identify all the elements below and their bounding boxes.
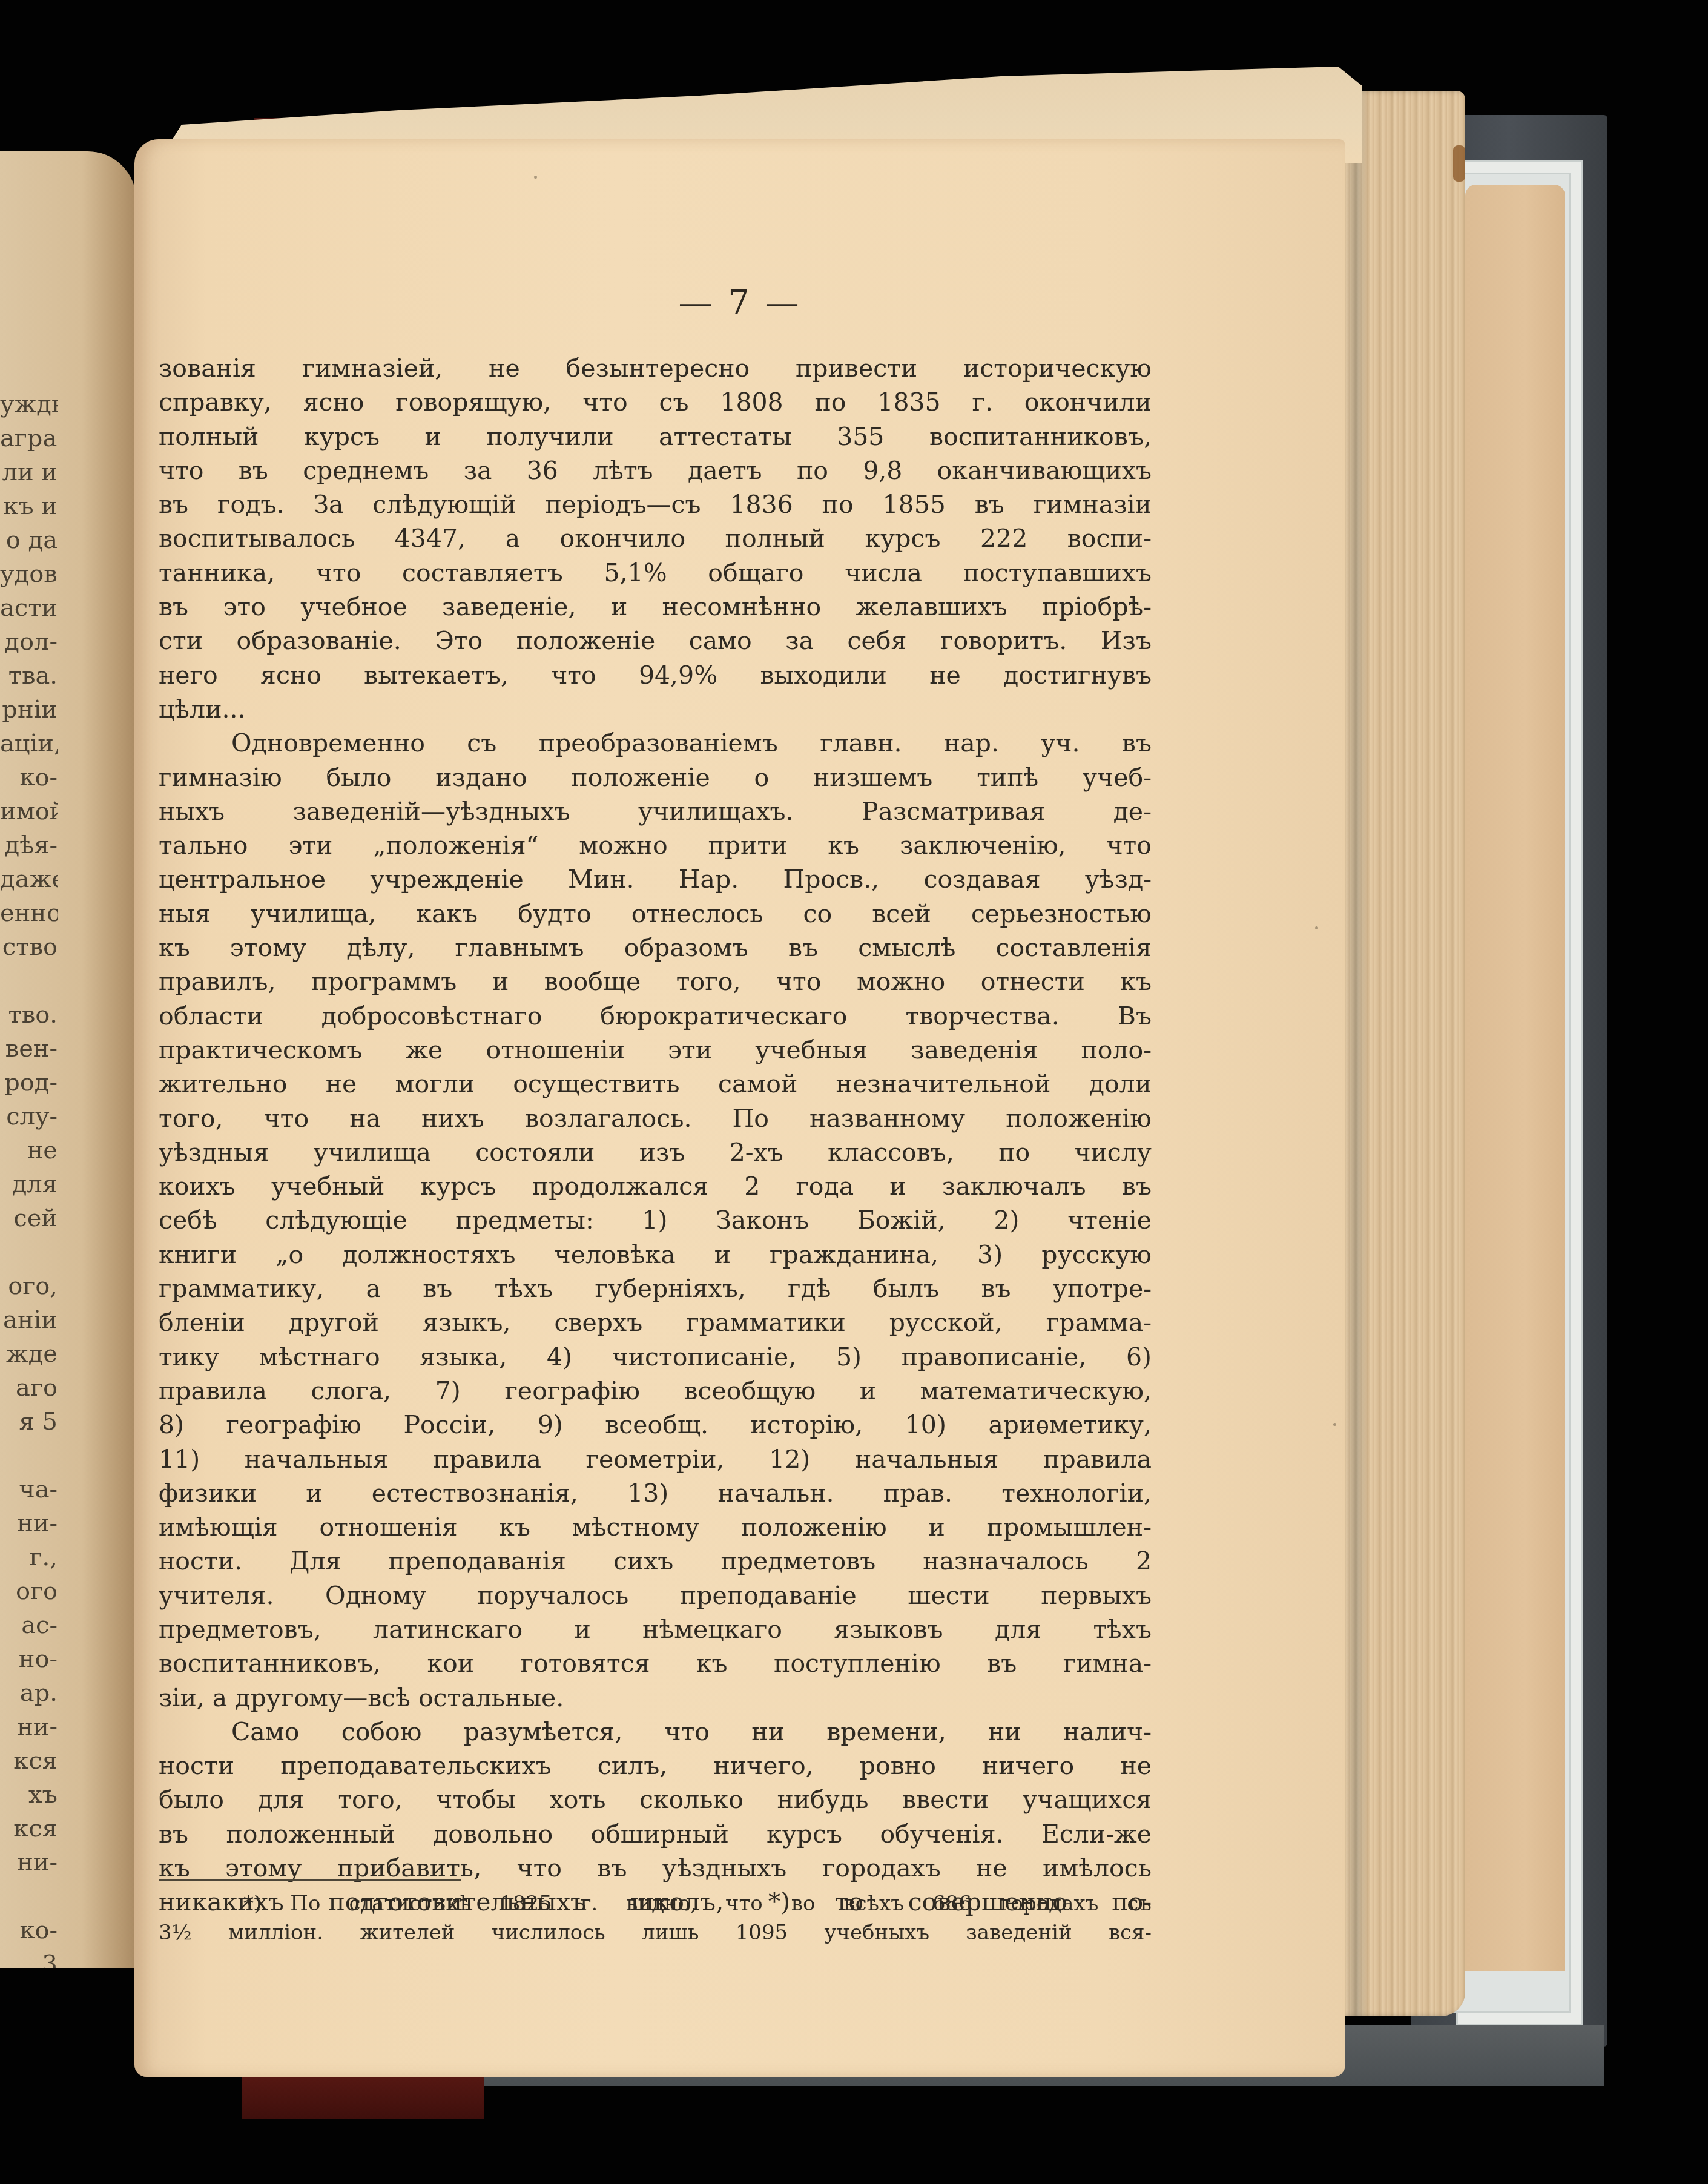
left-page-line-endings: уждыагра-ли икъ ио даудов-астидол-тва.рн… — [0, 388, 58, 1968]
text-line: было для того, чтобы хоть сколько нибудь… — [159, 1783, 1152, 1816]
left-line-fragment: ого, — [0, 1269, 58, 1303]
text-line: коихъ учебный курсъ продолжался 2 года и… — [159, 1169, 1152, 1203]
left-line-fragment: сей — [0, 1201, 58, 1235]
text-line: цѣли... — [159, 692, 1152, 726]
text-line: правила слога, 7) географію всеобщую и м… — [159, 1374, 1152, 1408]
left-line-fragment: кся — [0, 1744, 58, 1778]
left-line-fragment: къ и — [0, 489, 58, 523]
left-line-fragment: жде — [0, 1337, 58, 1371]
left-line-fragment: ужды — [0, 388, 58, 421]
left-line-fragment: рніи — [0, 693, 58, 727]
left-line-fragment: 3 — [0, 1947, 58, 1968]
text-line: грамматику, а въ тѣхъ губерніяхъ, гдѣ бы… — [159, 1272, 1152, 1305]
text-line: предметовъ, латинскаго и нѣмецкаго языко… — [159, 1612, 1152, 1646]
text-line: тику мѣстнаго языка, 4) чистописаніе, 5)… — [159, 1340, 1152, 1374]
text-line: къ этому дѣлу, главнымъ образомъ въ смыс… — [159, 931, 1152, 965]
scanned-book-spread: уждыагра-ли икъ ио даудов-астидол-тва.рн… — [0, 0, 1708, 2184]
text-line: воспитывалось 4347, а окончило полный ку… — [159, 521, 1152, 555]
text-line: бленіи другой языкъ, сверхъ грамматики р… — [159, 1305, 1152, 1339]
left-line-fragment: ни- — [0, 1846, 58, 1879]
text-line: зованія гимназіей, не безынтересно приве… — [159, 351, 1152, 385]
left-line-fragment: ни- — [0, 1710, 58, 1744]
text-line: ности преподавательскихъ силъ, ничего, р… — [159, 1749, 1152, 1783]
text-line: сти образованіе. Это положеніе само за с… — [159, 624, 1152, 658]
left-line-fragment: ча- — [0, 1473, 58, 1506]
footnote-line: *) По статистикѣ 1825 г. видно, что во в… — [159, 1889, 1152, 1918]
text-line: Само собою разумѣется, что ни времени, н… — [159, 1715, 1152, 1749]
right-page: — 7 — зованія гимназіей, не безынтересно… — [134, 139, 1345, 2077]
text-line: практическомъ же отношеніи эти учебныя з… — [159, 1033, 1152, 1067]
text-line: учителя. Одному поручалось преподаваніе … — [159, 1579, 1152, 1612]
text-line: правилъ, программъ и вообще того, что мо… — [159, 965, 1152, 998]
text-line: танника, что составляетъ 5,1% общаго чис… — [159, 556, 1152, 590]
text-line: себѣ слѣдующіе предметы: 1) Законъ Божій… — [159, 1203, 1152, 1237]
text-line: 11) начальныя правила геометріи, 12) нач… — [159, 1442, 1152, 1476]
text-line: справку, ясно говорящую, что съ 1808 по … — [159, 385, 1152, 419]
left-line-fragment: енно — [0, 896, 58, 930]
text-line: области добросовѣстнаго бюрократическаго… — [159, 999, 1152, 1033]
left-line-fragment: г., — [0, 1540, 58, 1574]
left-line-fragment: удов- — [0, 557, 58, 591]
left-line-gap — [0, 964, 58, 998]
left-facing-page: уждыагра-ли икъ ио даудов-астидол-тва.рн… — [0, 151, 136, 1968]
left-line-fragment: ого — [0, 1574, 58, 1608]
tan-flyleaf — [1465, 185, 1565, 1971]
left-line-fragment: дол- — [0, 625, 58, 659]
left-line-fragment: ко- — [0, 760, 58, 794]
left-line-fragment: для — [0, 1167, 58, 1201]
text-line: уѣздныя училища состояли изъ 2-хъ классо… — [159, 1135, 1152, 1169]
left-line-fragment: кся — [0, 1812, 58, 1846]
left-line-fragment: аніи — [0, 1303, 58, 1337]
left-line-fragment: род- — [0, 1066, 58, 1100]
left-line-gap — [0, 1879, 58, 1913]
left-line-fragment: я 5 — [0, 1405, 58, 1439]
page-stack-shadow — [1344, 91, 1368, 2016]
text-line: въ положенный довольно обширный курсъ об… — [159, 1817, 1152, 1851]
text-line: въ это учебное заведеніе, и несомнѣнно ж… — [159, 590, 1152, 624]
text-line: него ясно вытекаетъ, что 94,9% выходили … — [159, 658, 1152, 692]
text-line: полный курсъ и получили аттестаты 355 во… — [159, 420, 1152, 454]
left-line-fragment: вен- — [0, 1032, 58, 1066]
text-line: ныхъ заведеній—уѣздныхъ училищахъ. Разсм… — [159, 794, 1152, 828]
text-line: 8) географію Россіи, 9) всеобщ. исторію,… — [159, 1408, 1152, 1442]
page-number: — 7 — — [134, 283, 1345, 323]
text-line: жительно не могли осуществить самой незн… — [159, 1067, 1152, 1101]
left-line-gap — [0, 1439, 58, 1473]
left-line-fragment: ни- — [0, 1506, 58, 1540]
left-line-fragment: ар. — [0, 1676, 58, 1710]
left-line-fragment: аго — [0, 1371, 58, 1405]
left-line-fragment: асти — [0, 591, 58, 625]
left-line-fragment: ство — [0, 930, 58, 964]
left-line-fragment: тво. — [0, 998, 58, 1032]
left-line-gap — [0, 1235, 58, 1269]
left-line-fragment: о да — [0, 523, 58, 557]
left-line-fragment: агра- — [0, 421, 58, 455]
left-line-fragment: даже — [0, 862, 58, 896]
text-line: тально эти „положенія“ можно прити къ за… — [159, 828, 1152, 862]
text-line: воспитанниковъ, кои готовятся къ поступл… — [159, 1646, 1152, 1680]
text-line: физики и естествознанія, 13) начальн. пр… — [159, 1476, 1152, 1510]
left-line-fragment: ли и — [0, 455, 58, 489]
text-line: того, что на нихъ возлагалось. По назван… — [159, 1101, 1152, 1135]
text-line: книги „о должностяхъ человѣка и граждани… — [159, 1238, 1152, 1272]
left-line-fragment: ас- — [0, 1608, 58, 1642]
left-line-fragment: тва. — [0, 659, 58, 693]
text-line: Одновременно съ преобразованіемъ главн. … — [159, 726, 1152, 760]
footnote-divider — [159, 1879, 461, 1881]
text-line: центральное учрежденіе Мин. Нар. Просв.,… — [159, 862, 1152, 896]
left-line-fragment: имой — [0, 794, 58, 828]
text-line: гимназію было издано положеніе о низшемъ… — [159, 760, 1152, 794]
text-line: ныя училища, какъ будто отнеслось со все… — [159, 897, 1152, 931]
text-line: зіи, а другому—всѣ остальные. — [159, 1681, 1152, 1715]
left-line-fragment: аціи, — [0, 727, 58, 760]
body-text: зованія гимназіей, не безынтересно приве… — [159, 351, 1152, 1919]
left-line-fragment: ко- — [0, 1913, 58, 1947]
footnote-line: 3½ милліон. жителей числилось лишь 1095 … — [159, 1918, 1152, 1947]
left-line-fragment: дѣя- — [0, 828, 58, 862]
text-line: имѣющія отношенія къ мѣстному положенію … — [159, 1510, 1152, 1544]
footnote: *) По статистикѣ 1825 г. видно, что во в… — [159, 1889, 1152, 1947]
page-stain — [1453, 145, 1465, 182]
left-line-fragment: но- — [0, 1642, 58, 1676]
text-line: что въ среднемъ за 36 лѣтъ даетъ по 9,8 … — [159, 454, 1152, 487]
text-line: въ годъ. За слѣдующій періодъ—съ 1836 по… — [159, 487, 1152, 521]
left-line-fragment: слу- — [0, 1100, 58, 1133]
left-line-fragment: хъ — [0, 1778, 58, 1812]
text-line: ности. Для преподаванія сихъ предметовъ … — [159, 1544, 1152, 1578]
left-line-fragment: не — [0, 1133, 58, 1167]
